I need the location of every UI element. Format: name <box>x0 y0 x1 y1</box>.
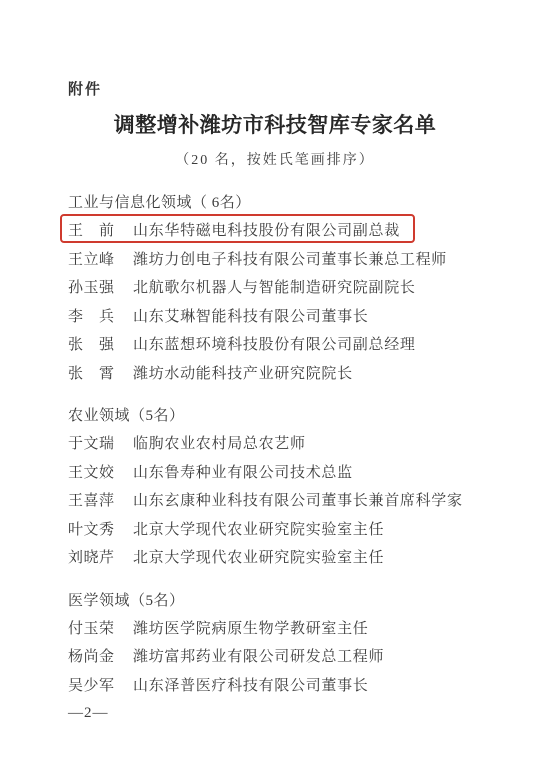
expert-row: 王 前山东华特磁电科技股份有限公司副总裁 <box>68 217 528 246</box>
expert-row: 王喜萍山东玄康种业科技有限公司董事长兼首席科学家 <box>68 487 528 516</box>
expert-title: 山东玄康种业科技有限公司董事长兼首席科学家 <box>133 493 463 509</box>
expert-name: 吴少军 <box>68 672 118 701</box>
expert-title: 山东蓝想环境科技股份有限公司副总经理 <box>133 337 416 353</box>
expert-title: 山东鲁寿种业有限公司技术总监 <box>133 465 353 481</box>
section-agriculture: 农业领域（5名） 于文瑞临朐农业农村局总农艺师 王文姣山东鲁寿种业有限公司技术总… <box>68 408 528 573</box>
expert-name: 王立峰 <box>68 246 118 275</box>
expert-row: 刘晓芹北京大学现代农业研究院实验室主任 <box>68 544 528 573</box>
expert-title: 山东泽普医疗科技有限公司董事长 <box>133 678 369 694</box>
section-industry: 工业与信息化领域（ 6名） 王 前山东华特磁电科技股份有限公司副总裁 王立峰潍坊… <box>68 195 528 388</box>
expert-title: 北航歌尔机器人与智能制造研究院副院长 <box>133 280 416 296</box>
page-number: —2— <box>68 705 109 722</box>
expert-row: 叶文秀北京大学现代农业研究院实验室主任 <box>68 516 528 545</box>
section-medical: 医学领域（5名） 付玉荣潍坊医学院病原生物学教研室主任 杨尚金潍坊富邦药业有限公… <box>68 593 528 701</box>
expert-name: 张 霄 <box>68 360 118 389</box>
expert-name: 李 兵 <box>68 303 118 332</box>
section-header: 农业领域（5名） <box>68 408 528 430</box>
document-title: 调整增补潍坊市科技智库专家名单 <box>0 109 550 139</box>
expert-name: 叶文秀 <box>68 516 118 545</box>
expert-row: 付玉荣潍坊医学院病原生物学教研室主任 <box>68 615 528 644</box>
expert-name: 王 前 <box>68 217 118 246</box>
expert-row: 于文瑞临朐农业农村局总农艺师 <box>68 430 528 459</box>
expert-title: 北京大学现代农业研究院实验室主任 <box>133 522 384 538</box>
attachment-label: 附件 <box>68 78 102 99</box>
expert-name: 刘晓芹 <box>68 544 118 573</box>
section-header: 工业与信息化领域（ 6名） <box>68 195 528 217</box>
expert-row: 孙玉强北航歌尔机器人与智能制造研究院副院长 <box>68 274 528 303</box>
expert-row: 张 霄潍坊水动能科技产业研究院院长 <box>68 360 528 389</box>
expert-row: 王文姣山东鲁寿种业有限公司技术总监 <box>68 459 528 488</box>
expert-title: 山东华特磁电科技股份有限公司副总裁 <box>133 223 400 239</box>
expert-row: 张 强山东蓝想环境科技股份有限公司副总经理 <box>68 331 528 360</box>
expert-name: 孙玉强 <box>68 274 118 303</box>
expert-title: 临朐农业农村局总农艺师 <box>133 436 306 452</box>
expert-row: 吴少军山东泽普医疗科技有限公司董事长 <box>68 672 528 701</box>
document-page: 附件 调整增补潍坊市科技智库专家名单 （20 名，按姓氏笔画排序） 工业与信息化… <box>0 0 550 772</box>
expert-title: 潍坊水动能科技产业研究院院长 <box>133 366 353 382</box>
expert-name: 于文瑞 <box>68 430 118 459</box>
expert-row: 杨尚金潍坊富邦药业有限公司研发总工程师 <box>68 643 528 672</box>
expert-list: 工业与信息化领域（ 6名） 王 前山东华特磁电科技股份有限公司副总裁 王立峰潍坊… <box>68 195 528 700</box>
expert-title: 北京大学现代农业研究院实验室主任 <box>133 550 384 566</box>
expert-row: 李 兵山东艾琳智能科技有限公司董事长 <box>68 303 528 332</box>
expert-title: 潍坊力创电子科技有限公司董事长兼总工程师 <box>133 252 447 268</box>
document-subtitle: （20 名，按姓氏笔画排序） <box>0 149 550 169</box>
expert-row: 王立峰潍坊力创电子科技有限公司董事长兼总工程师 <box>68 246 528 275</box>
expert-name: 王文姣 <box>68 459 118 488</box>
expert-title: 山东艾琳智能科技有限公司董事长 <box>133 309 369 325</box>
expert-name: 付玉荣 <box>68 615 118 644</box>
expert-name: 杨尚金 <box>68 643 118 672</box>
section-header: 医学领域（5名） <box>68 593 528 615</box>
expert-title: 潍坊医学院病原生物学教研室主任 <box>133 621 369 637</box>
expert-name: 王喜萍 <box>68 487 118 516</box>
expert-name: 张 强 <box>68 331 118 360</box>
expert-title: 潍坊富邦药业有限公司研发总工程师 <box>133 649 384 665</box>
